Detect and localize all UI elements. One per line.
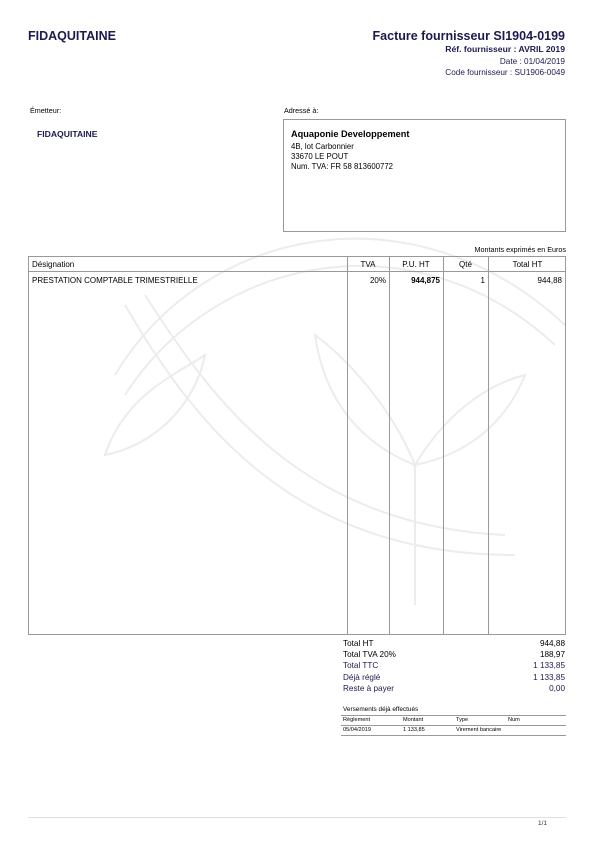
total-ht-value: 944,88 — [540, 639, 565, 648]
recipient-address-line: 4B, lot Carbonnier — [291, 142, 354, 151]
row-tva: 20% — [370, 276, 386, 285]
recipient-label: Adressé à: — [284, 106, 318, 115]
row-unit-price: 944,875 — [411, 276, 440, 285]
row-designation: PRESTATION COMPTABLE TRIMESTRIELLE — [32, 276, 198, 285]
issuer-label: Émetteur: — [30, 106, 61, 115]
payments-col-num: Num — [508, 717, 520, 723]
invoice-date: Date : 01/04/2019 — [500, 57, 565, 66]
invoice-title: Facture fournisseur SI1904-0199 — [373, 29, 565, 43]
column-header-total-ht: Total HT — [488, 260, 567, 269]
row-total-ht: 944,88 — [538, 276, 562, 285]
remaining-label: Reste à payer — [343, 684, 394, 693]
column-header-tva: TVA — [347, 260, 389, 269]
column-header-quantity: Qté — [443, 260, 488, 269]
total-tva-label: Total TVA 20% — [343, 650, 396, 659]
footer-divider — [28, 817, 566, 818]
total-tva-value: 188,97 — [540, 650, 565, 659]
column-header-unit-price: P.U. HT — [389, 260, 443, 269]
payments-col-amount: Montant — [403, 717, 423, 723]
payments-col-type: Type — [456, 717, 468, 723]
recipient-name: Aquaponie Developpement — [291, 129, 409, 139]
already-paid-label: Déjà réglé — [343, 673, 380, 682]
row-quantity: 1 — [481, 276, 485, 285]
payment-amount: 1 133,85 — [403, 727, 425, 733]
issuer-name: FIDAQUITAINE — [37, 129, 97, 139]
total-ttc-value: 1 133,85 — [533, 661, 565, 670]
company-name: FIDAQUITAINE — [28, 29, 116, 43]
column-header-designation: Désignation — [32, 260, 74, 269]
payment-row: 05/04/2019 1 133,85 Virement bancaire — [341, 725, 566, 735]
total-ttc-label: Total TTC — [343, 661, 378, 670]
recipient-vat-number: Num. TVA: FR 58 813600772 — [291, 162, 393, 171]
payment-type: Virement bancaire — [456, 727, 501, 733]
payments-header-row: Règlement Montant Type Num — [341, 716, 566, 725]
total-ht-label: Total HT — [343, 639, 373, 648]
supplier-ref: Réf. fournisseur : AVRIL 2019 — [445, 44, 565, 54]
invoice-lines-table: Désignation TVA P.U. HT Qté Total HT PRE… — [28, 256, 566, 635]
payments-title: Versements déjà effectués — [343, 706, 418, 713]
currency-note: Montants exprimés en Euros — [475, 245, 566, 254]
payments-table: Règlement Montant Type Num 05/04/2019 1 … — [341, 715, 566, 736]
payments-col-settlement: Règlement — [343, 717, 370, 723]
already-paid-value: 1 133,85 — [533, 673, 565, 682]
supplier-code: Code fournisseur : SU1906-0049 — [445, 68, 565, 77]
recipient-address-line: 33670 LE POUT — [291, 152, 348, 161]
payment-date: 05/04/2019 — [343, 727, 371, 733]
remaining-value: 0,00 — [549, 684, 565, 693]
page-number: 1/1 — [538, 820, 547, 827]
